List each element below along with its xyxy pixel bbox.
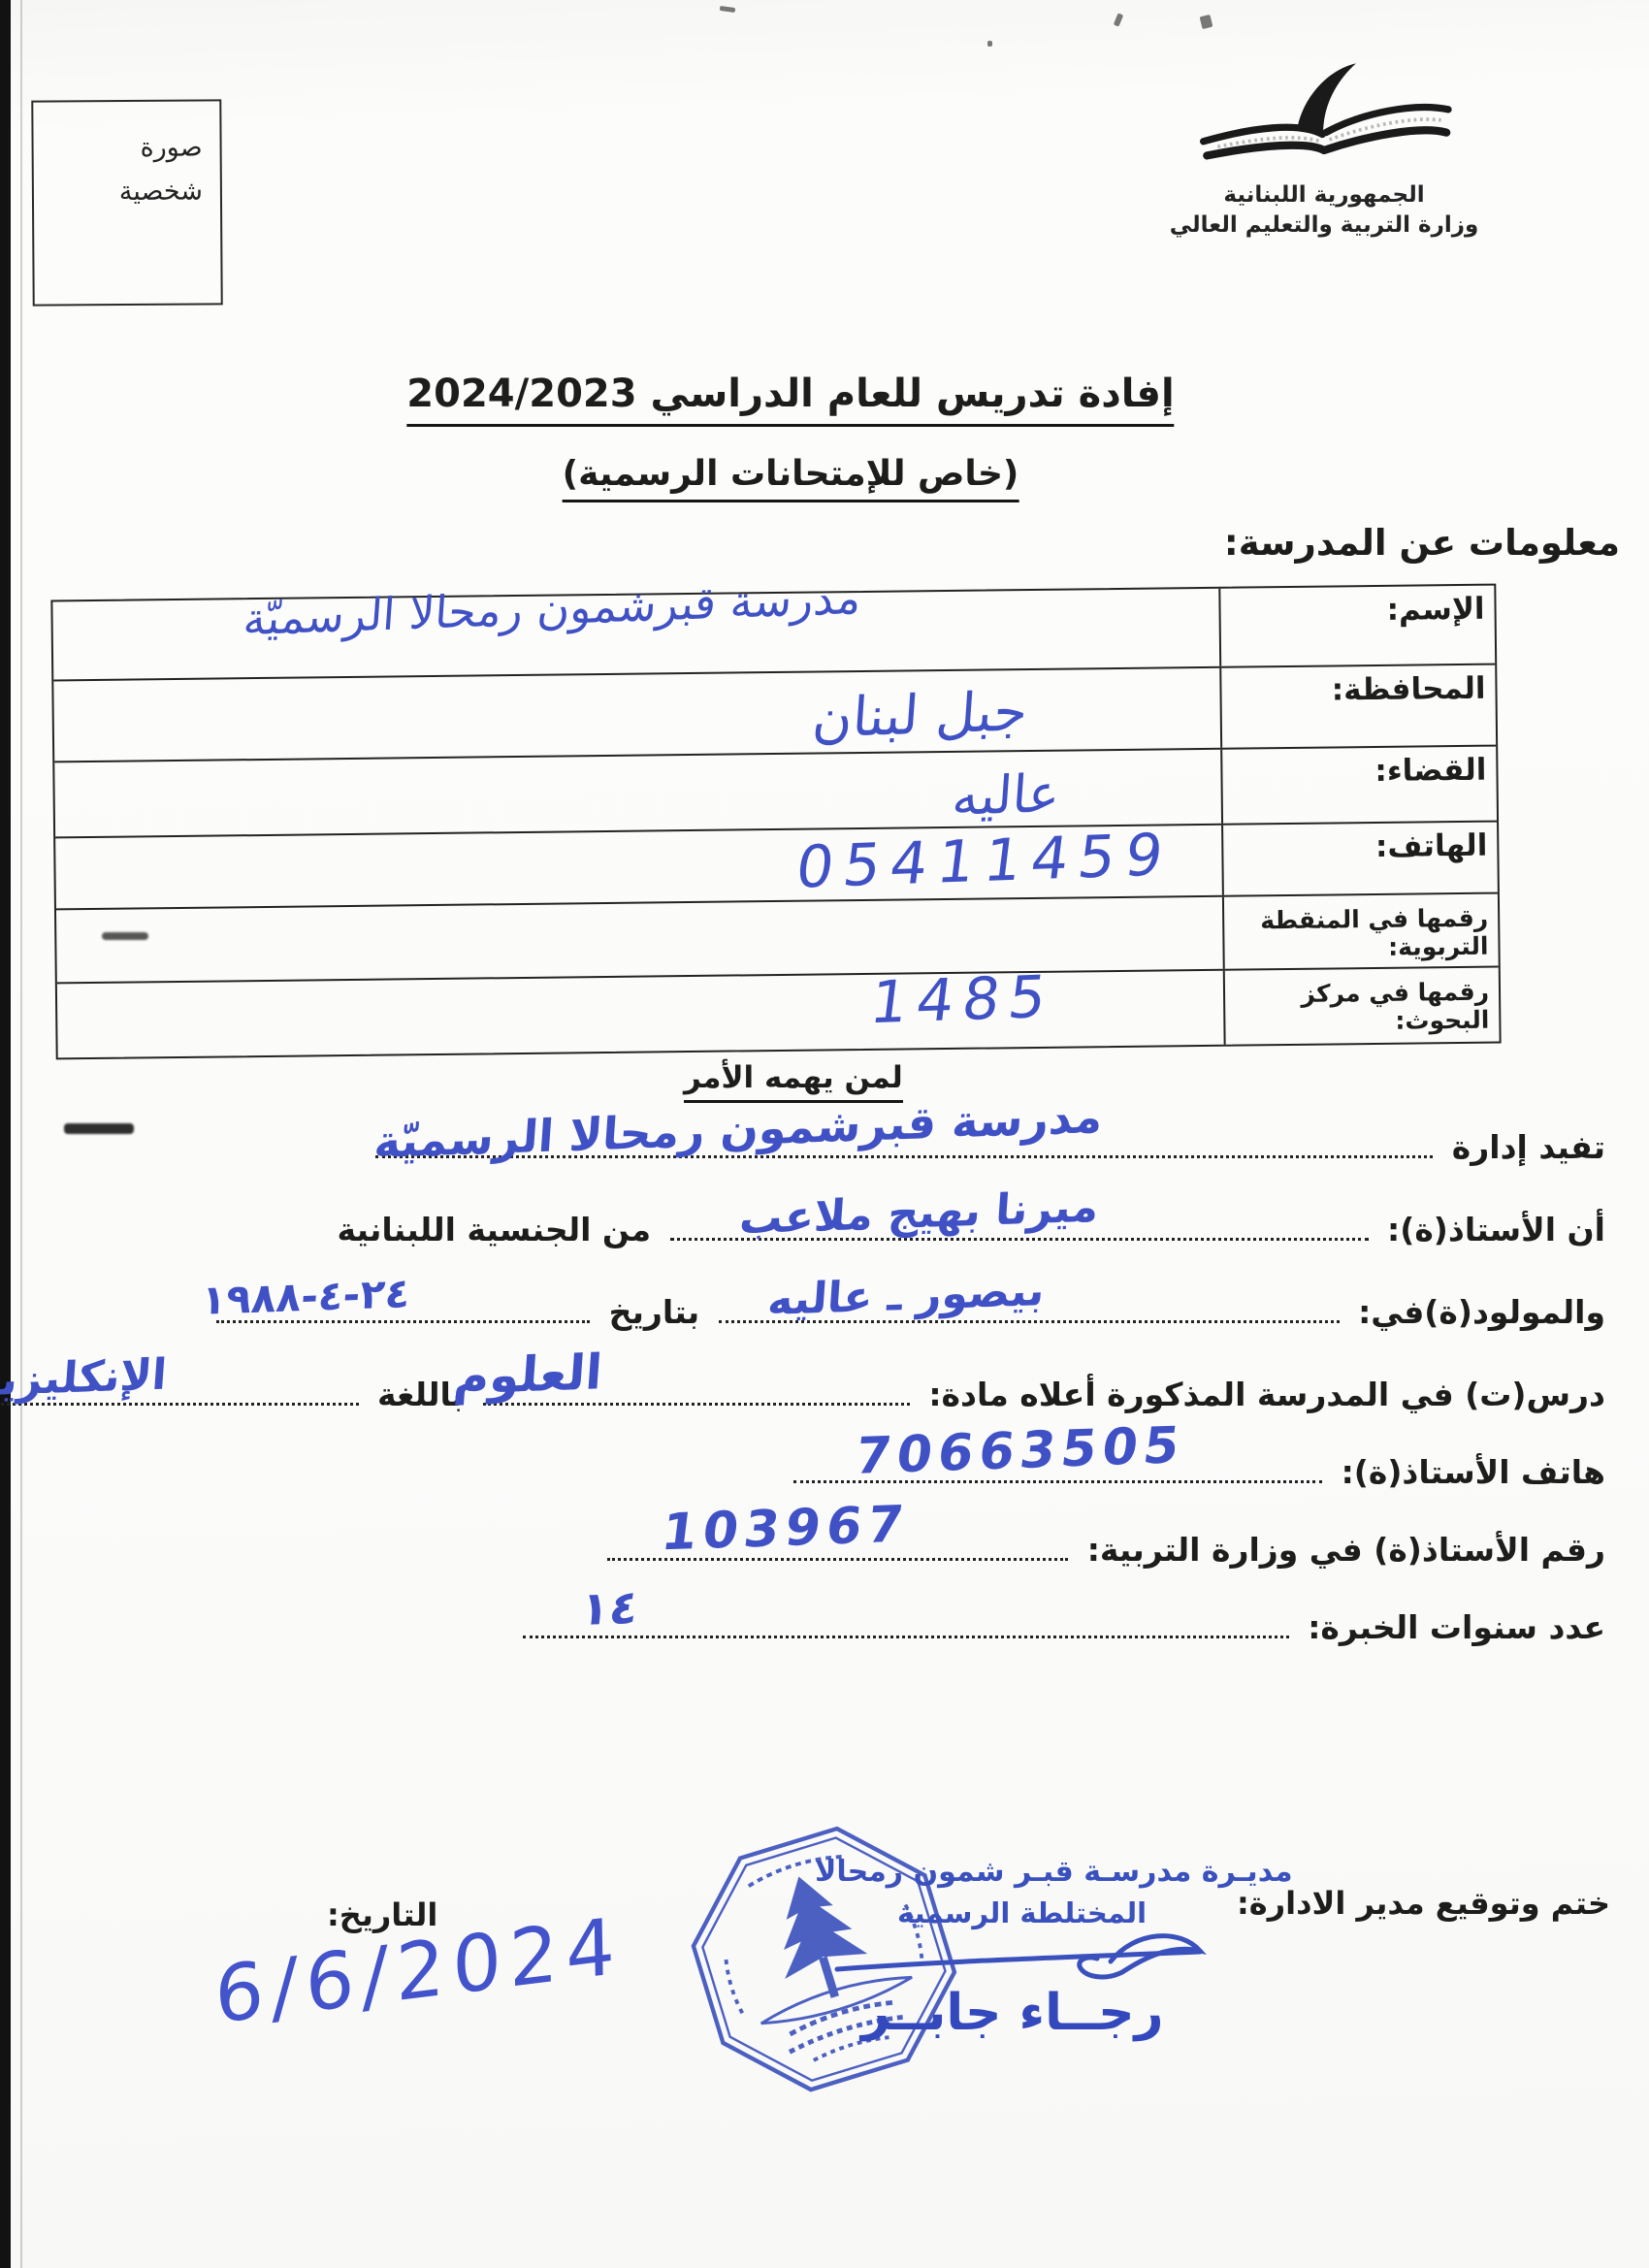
scan-speck bbox=[987, 41, 992, 47]
handwritten-experience-years: ١٤ bbox=[577, 1580, 641, 1636]
scanned-teaching-certificate-form: صورة شخصية الجمهورية اللبنانية وزارة الت… bbox=[0, 0, 1649, 2268]
handwritten-language: الإنكليزية bbox=[0, 1350, 168, 1407]
handwritten-teacher-phone: 70663505 bbox=[853, 1416, 1189, 1486]
line4-mid-label: باللغة bbox=[377, 1376, 464, 1413]
handwritten-birthplace: بيصور ـ عاليه bbox=[766, 1266, 1047, 1325]
scan-speck bbox=[720, 6, 736, 13]
to-whom-it-may-concern-heading: لمن يهمه الأمر bbox=[684, 1060, 903, 1103]
body-line-experience: عدد سنوات الخبرة: ١٤ bbox=[39, 1608, 1605, 1663]
phone-label: الهاتف: bbox=[1221, 823, 1498, 895]
edu-zone-number-label: رقمها في المنقطة التربوية: bbox=[1222, 894, 1499, 969]
personal-photo-box: صورة شخصية bbox=[31, 99, 222, 306]
handwritten-teacher-name: ميرنا بهيج ملاعب bbox=[737, 1183, 1099, 1245]
form-title: إفادة تدريس للعام الدراسي 2024/2023 bbox=[406, 372, 1174, 427]
dotted-line: بيصور ـ عاليه bbox=[719, 1311, 1340, 1323]
form-subtitle: (خاص للإمتحانات الرسمية) bbox=[563, 454, 1019, 502]
dotted-line: مدرسة قبرشمون رمحالا الرسميّة bbox=[375, 1146, 1433, 1158]
dotted-line: ١٤ bbox=[523, 1626, 1289, 1638]
dotted-line: ميرنا بهيج ملاعب bbox=[670, 1228, 1369, 1241]
scan-edge-line bbox=[20, 0, 22, 2268]
republic-name: الجمهورية اللبنانية bbox=[1169, 180, 1479, 211]
open-book-logo-icon bbox=[1169, 56, 1479, 180]
district-label: القضاء: bbox=[1220, 747, 1497, 824]
stamp-signature-label: ختم وتوقيع مدير الادارة: bbox=[1237, 1885, 1610, 1922]
body-line-ministry-number: رقم الأستاذ(ة) في وزارة التربية: 103967 bbox=[39, 1531, 1605, 1585]
school-info-heading: معلومات عن المدرسة: bbox=[1224, 522, 1620, 564]
ministry-logo-block: الجمهورية اللبنانية وزارة التربية والتعل… bbox=[1169, 56, 1479, 241]
body-line-subject: درس(ت) في المدرسة المذكورة أعلاه مادة: ا… bbox=[39, 1376, 1605, 1430]
signature-icon bbox=[820, 1919, 1217, 1998]
line3-label: والمولود(ة)في: bbox=[1358, 1293, 1605, 1331]
research-center-number-label: رقمها في مركز البحوث: bbox=[1223, 968, 1500, 1045]
dotted-line: ٢٤-٤-١٩٨٨ bbox=[216, 1311, 590, 1323]
scan-edge-band bbox=[0, 0, 11, 2268]
school-name-label: الإسم: bbox=[1218, 586, 1495, 666]
handwritten-governorate: جبل لبنان bbox=[810, 680, 1029, 751]
photo-box-label-line2: شخصية bbox=[34, 170, 203, 214]
table-row: المحافظة: bbox=[53, 664, 1496, 761]
handwritten-birthdate: ٢٤-٤-١٩٨٨ bbox=[200, 1269, 411, 1323]
body-line-administration: تفيد إدارة مدرسة قبرشمون رمحالا الرسميّة bbox=[39, 1128, 1605, 1183]
line2-label: أن الأستاذ(ة): bbox=[1387, 1211, 1605, 1248]
line2-suffix: من الجنسية اللبنانية bbox=[338, 1211, 652, 1248]
photo-box-label-line1: صورة bbox=[33, 126, 202, 171]
handwritten-school-phone: 05411459 bbox=[792, 821, 1177, 901]
ministry-name: وزارة التربية والتعليم العالي bbox=[1169, 211, 1479, 241]
line3-mid-label: بتاريخ bbox=[609, 1293, 699, 1331]
body-line-teacher-name: أن الأستاذ(ة): ميرنا بهيج ملاعب من الجنس… bbox=[39, 1211, 1605, 1265]
handwritten-ministry-number: 103967 bbox=[659, 1496, 913, 1563]
body-line-birth: والمولود(ة)في: بيصور ـ عاليه بتاريخ ٢٤-٤… bbox=[39, 1293, 1605, 1347]
dotted-line: 103967 bbox=[607, 1548, 1068, 1561]
line4-label: درس(ت) في المدرسة المذكورة أعلاه مادة: bbox=[928, 1376, 1605, 1413]
governorate-label: المحافظة: bbox=[1219, 665, 1496, 748]
scan-speck bbox=[1200, 15, 1213, 29]
stamp-text-school: مديـرة مدرسـة قبـر شمون رمحالا bbox=[815, 1855, 1460, 1889]
line7-label: عدد سنوات الخبرة: bbox=[1308, 1608, 1605, 1646]
dotted-line: العلوم bbox=[483, 1393, 910, 1406]
dotted-line: الإنكليزية bbox=[0, 1393, 359, 1406]
dotted-line: 70663505 bbox=[793, 1471, 1322, 1483]
school-info-table: الإسم: المحافظة: القضاء: الهاتف: رقمها ف… bbox=[50, 584, 1501, 1060]
handwritten-district: عاليه bbox=[951, 762, 1062, 827]
governorate-cell bbox=[53, 668, 1220, 761]
line6-label: رقم الأستاذ(ة) في وزارة التربية: bbox=[1087, 1531, 1605, 1569]
line5-label: هاتف الأستاذ(ة): bbox=[1342, 1453, 1605, 1491]
handwritten-research-number: 1485 bbox=[866, 963, 1058, 1038]
scan-speck bbox=[1114, 13, 1123, 26]
line1-label: تفيد إدارة bbox=[1452, 1128, 1605, 1166]
handwritten-subject: العلوم bbox=[452, 1344, 604, 1405]
